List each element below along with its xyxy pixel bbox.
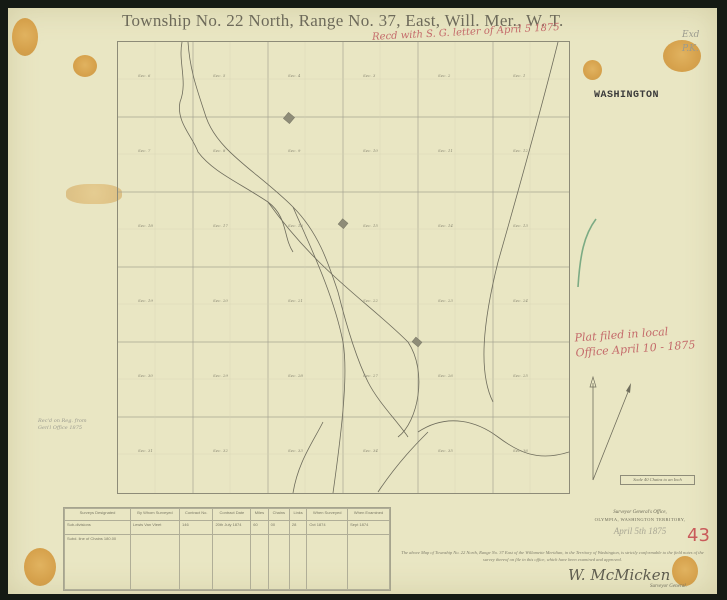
svg-text:Sec. 34: Sec. 34 [363,448,378,453]
svg-text:Sec. 21: Sec. 21 [288,298,303,303]
svg-text:Sec. 2: Sec. 2 [438,73,451,78]
stain-bottom-left [24,548,56,586]
stain-top-left-2 [73,55,97,77]
washington-stamp: WASHINGTON [594,90,659,101]
svg-text:Sec. 3: Sec. 3 [363,73,376,78]
svg-text:Sec. 32: Sec. 32 [213,448,228,453]
svg-text:Sec. 36: Sec. 36 [513,448,528,453]
svg-text:Sec. 6: Sec. 6 [138,73,151,78]
svg-text:Sec. 10: Sec. 10 [363,148,378,153]
svg-text:Sec. 35: Sec. 35 [438,448,453,453]
pencil-note-left: Rec'd on Reg. from Gen'l Office 1875 [38,418,98,432]
scale-label: Scale 40 Chains to an Inch [620,475,695,485]
svg-text:Sec. 18: Sec. 18 [138,223,153,228]
svg-text:Sec. 17: Sec. 17 [213,223,228,228]
svg-text:Sec. 4: Sec. 4 [288,73,301,78]
col-surveyor: By Whom Surveyed [130,509,179,521]
svg-text:Sec. 22: Sec. 22 [363,298,378,303]
sheet-number: 43 [687,525,710,546]
green-mark [572,215,602,295]
township-map: Sec. 6Sec. 5Sec. 4 Sec. 3Sec. 2Sec. 1 Se… [117,41,570,494]
svg-text:Sec. 13: Sec. 13 [513,223,528,228]
svg-text:Sec. 31: Sec. 31 [138,448,153,453]
examined-note: Exd P.K. [682,28,712,56]
svg-text:Sec. 14: Sec. 14 [438,223,453,228]
svg-text:Sec. 8: Sec. 8 [213,148,226,153]
svg-text:Sec. 19: Sec. 19 [138,298,153,303]
svg-text:Sec. 27: Sec. 27 [363,373,378,378]
table-row: Subd. line of Chains 180.00 [65,535,390,590]
col-when-surveyed: When Surveyed [307,509,348,521]
col-contract-no: Contract No. [180,509,213,521]
svg-text:Sec. 28: Sec. 28 [288,373,303,378]
certificate-text: The above Map of Township No. 22 North, … [400,549,705,563]
svg-text:Sec. 29: Sec. 29 [213,373,228,378]
stain-top-right-2 [583,60,602,80]
stain-top-left [12,18,38,56]
survey-grid: Sec. 6Sec. 5Sec. 4 Sec. 3Sec. 2Sec. 1 Se… [118,42,569,493]
col-contract-date: Contract Date [213,509,251,521]
svg-text:Sec. 12: Sec. 12 [513,148,528,153]
svg-text:Sec. 23: Sec. 23 [438,298,453,303]
svg-text:Sec. 11: Sec. 11 [438,148,453,153]
col-surveys: Surveys Designated [65,509,131,521]
col-chains: Chains [268,509,289,521]
svg-text:Sec. 24: Sec. 24 [513,298,528,303]
svg-text:Sec. 9: Sec. 9 [288,148,301,153]
svg-text:Sec. 1: Sec. 1 [513,73,525,78]
svg-text:Sec. 5: Sec. 5 [213,73,226,78]
svg-text:Sec. 7: Sec. 7 [138,148,151,153]
svg-text:Sec. 30: Sec. 30 [138,373,153,378]
river-lines [179,42,569,493]
office-location: OLYMPIA, WASHINGTON TERRITORY, [570,517,710,522]
stain-left-middle [66,184,122,204]
table-row: Sub-divisions Lewis Van Vleet 146 20th J… [65,521,390,535]
svg-text:Sec. 16: Sec. 16 [288,223,303,228]
signature-title: Surveyor General. [650,584,687,589]
col-miles: Miles [251,509,268,521]
svg-text:Sec. 20: Sec. 20 [213,298,228,303]
office-name: Surveyor General's Office, [570,510,710,515]
svg-text:Sec. 25: Sec. 25 [513,373,528,378]
land-claim-markers [283,112,422,347]
survey-table: Surveys Designated By Whom Surveyed Cont… [63,507,391,591]
svg-text:Sec. 33: Sec. 33 [288,448,303,453]
signature: W. McMicken [568,566,670,584]
north-arrow [585,375,635,485]
col-links: Links [289,509,306,521]
svg-text:Sec. 15: Sec. 15 [363,223,378,228]
col-when-examined: When Examined [348,509,390,521]
svg-text:Sec. 26: Sec. 26 [438,373,453,378]
